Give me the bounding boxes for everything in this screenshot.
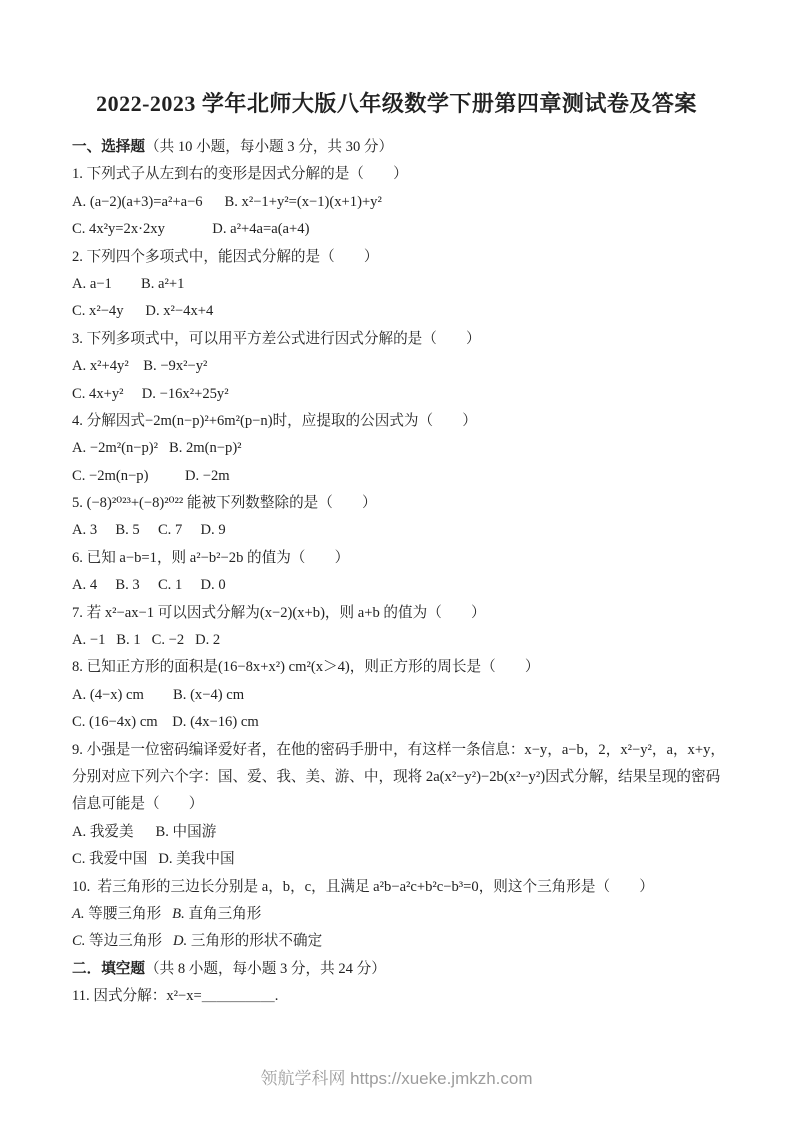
text-line: 11. 因式分解：x²−x=＿＿＿＿＿.	[72, 983, 742, 1010]
text-line: 分别对应下列六个字：国、爱、我、美、游、中，现将 2a(x²−y²)−2b(x²…	[72, 764, 742, 791]
text-line: C. 我爱中国 D. 美我中国	[72, 846, 742, 873]
text-run: （共 10 小题，每小题 3 分，共 30 分）	[145, 139, 393, 155]
text-line: A. 等腰三角形 B. 直角三角形	[72, 901, 742, 928]
text-line: 信息可能是（ ）	[72, 791, 742, 818]
text-line: A. 3 B. 5 C. 7 D. 9	[72, 517, 742, 544]
text-line: A. −2m²(n−p)² B. 2m(n−p)²	[72, 435, 742, 462]
text-run: 等腰三角形	[85, 906, 173, 922]
text-line: C. −2m(n−p) D. −2m	[72, 463, 742, 490]
text-line: C. 4x+y² D. −16x²+25y²	[72, 381, 742, 408]
text-line: C. 4x²y=2x·2xy D. a²+4a=a(a+4)	[72, 216, 742, 243]
text-line: 4. 分解因式−2m(n−p)²+6m²(p−n)时，应提取的公因式为（ ）	[72, 408, 742, 435]
text-run: 等边三角形	[85, 933, 173, 949]
text-line: 二．填空题（共 8 小题，每小题 3 分，共 24 分）	[72, 956, 742, 983]
test-paper-document: { "document": { "title": "2022-2023 学年北师…	[0, 0, 793, 1122]
text-line: C. (16−4x) cm D. (4x−16) cm	[72, 709, 742, 736]
text-run: A.	[72, 906, 85, 922]
text-line: A. a−1 B. a²+1	[72, 271, 742, 298]
paper-body: 一、选择题（共 10 小题，每小题 3 分，共 30 分）1. 下列式子从左到右…	[72, 134, 742, 1011]
text-line: A. x²+4y² B. −9x²−y²	[72, 353, 742, 380]
text-line: A. (a−2)(a+3)=a²+a−6 B. x²−1+y²=(x−1)(x+…	[72, 189, 742, 216]
text-run: B.	[172, 906, 185, 922]
text-run: C.	[72, 933, 85, 949]
text-line: C. 等边三角形 D. 三角形的形状不确定	[72, 928, 742, 955]
text-run: D.	[173, 933, 187, 949]
text-run: 直角三角形	[185, 906, 262, 922]
text-line: 6. 已知 a−b=1，则 a²−b²−2b 的值为（ ）	[72, 545, 742, 572]
text-line: A. (4−x) cm B. (x−4) cm	[72, 682, 742, 709]
text-line: 8. 已知正方形的面积是(16−8x+x²) cm²(x＞4)，则正方形的周长是…	[72, 654, 742, 681]
paper-title: 2022-2023 学年北师大版八年级数学下册第四章测试卷及答案	[0, 87, 793, 118]
text-line: 1. 下列式子从左到右的变形是因式分解的是（ ）	[72, 161, 742, 188]
text-run: （共 8 小题，每小题 3 分，共 24 分）	[145, 961, 386, 977]
text-line: 2. 下列四个多项式中，能因式分解的是（ ）	[72, 244, 742, 271]
watermark-footer: 领航学科网 https://xueke.jmkzh.com	[0, 1064, 793, 1089]
text-line: 9. 小强是一位密码编译爱好者，在他的密码手册中，有这样一条信息：x−y，a−b…	[72, 737, 742, 764]
text-run: 一、选择题	[72, 139, 145, 155]
text-run: 二．填空题	[72, 961, 145, 977]
text-line: 5. (−8)²⁰²³+(−8)²⁰²² 能被下列数整除的是（ ）	[72, 490, 742, 517]
text-line: A. 我爱美 B. 中国游	[72, 819, 742, 846]
text-line: 10. 若三角形的三边长分别是 a，b，c，且满足 a²b−a²c+b²c−b³…	[72, 874, 742, 901]
text-line: 一、选择题（共 10 小题，每小题 3 分，共 30 分）	[72, 134, 742, 161]
text-line: A. 4 B. 3 C. 1 D. 0	[72, 572, 742, 599]
text-run: 三角形的形状不确定	[187, 933, 322, 949]
text-line: C. x²−4y D. x²−4x+4	[72, 298, 742, 325]
text-line: 3. 下列多项式中，可以用平方差公式进行因式分解的是（ ）	[72, 326, 742, 353]
text-line: 7. 若 x²−ax−1 可以因式分解为(x−2)(x+b)，则 a+b 的值为…	[72, 600, 742, 627]
text-line: A. −1 B. 1 C. −2 D. 2	[72, 627, 742, 654]
